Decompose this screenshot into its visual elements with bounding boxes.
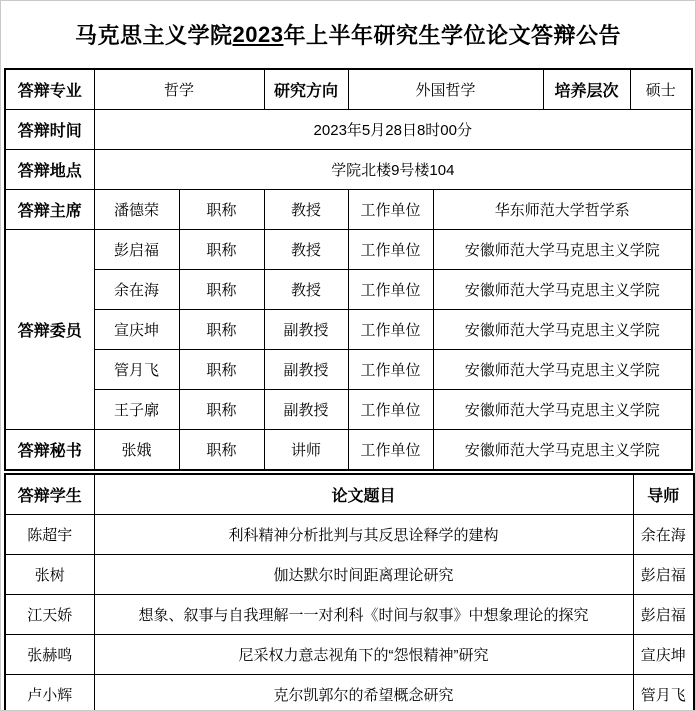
- student-name: 张树: [5, 555, 94, 595]
- place-value: 学院北楼9号楼104: [94, 150, 692, 190]
- supervisor-name: 管月飞: [633, 675, 694, 711]
- place-label: 答辩地点: [5, 150, 94, 190]
- supervisor-name: 余在海: [633, 515, 694, 555]
- level-value: 硕士: [630, 69, 692, 110]
- committee-title-label: 职称: [179, 350, 264, 390]
- committee-unit: 安徽师范大学马克思主义学院: [433, 230, 692, 270]
- secretary-name: 张娥: [94, 430, 179, 471]
- committee-unit: 安徽师范大学马克思主义学院: [433, 270, 692, 310]
- title-prefix: 马克思主义学院: [75, 19, 233, 50]
- supervisor-name: 彭启福: [633, 595, 694, 635]
- page-title: 马克思主义学院2023年上半年研究生学位论文答辩公告: [1, 1, 695, 68]
- secretary-title-label: 职称: [179, 430, 264, 471]
- direction-label: 研究方向: [264, 69, 348, 110]
- committee-unit-label: 工作单位: [348, 390, 433, 430]
- committee-name: 王子廓: [94, 390, 179, 430]
- student-name: 江天娇: [5, 595, 94, 635]
- row-time: 答辩时间 2023年5月28日8时00分: [5, 110, 692, 150]
- direction-value: 外国哲学: [348, 69, 543, 110]
- defense-announcement-page: 马克思主义学院2023年上半年研究生学位论文答辩公告 答辩专业 哲学 研究方向 …: [0, 0, 696, 711]
- supervisor-col-header: 导师: [633, 474, 694, 515]
- committee-title: 教授: [264, 230, 348, 270]
- committee-label: 答辩委员: [5, 230, 94, 430]
- title-suffix: 年上半年研究生学位论文答辩公告: [283, 19, 621, 50]
- chair-label: 答辩主席: [5, 190, 94, 230]
- secretary-unit: 安徽师范大学马克思主义学院: [433, 430, 692, 471]
- committee-title: 副教授: [264, 310, 348, 350]
- student-row: 卢小辉 克尔凯郭尔的希望概念研究 管月飞: [5, 675, 694, 711]
- committee-name: 余在海: [94, 270, 179, 310]
- committee-title-label: 职称: [179, 270, 264, 310]
- thesis-title: 伽达默尔时间距离理论研究: [94, 555, 633, 595]
- title-year-underlined: 2023: [233, 22, 284, 48]
- chair-unit-label: 工作单位: [348, 190, 433, 230]
- student-name: 卢小辉: [5, 675, 94, 711]
- chair-title-label: 职称: [179, 190, 264, 230]
- chair-title: 教授: [264, 190, 348, 230]
- committee-title-label: 职称: [179, 230, 264, 270]
- time-label: 答辩时间: [5, 110, 94, 150]
- committee-name: 彭启福: [94, 230, 179, 270]
- chair-unit: 华东师范大学哲学系: [433, 190, 692, 230]
- committee-unit-label: 工作单位: [348, 310, 433, 350]
- level-label: 培养层次: [543, 69, 630, 110]
- row-committee-3: 宣庆坤 职称 副教授 工作单位 安徽师范大学马克思主义学院: [5, 310, 692, 350]
- students-header-row: 答辩学生 论文题目 导师: [5, 474, 694, 515]
- thesis-title: 利科精神分析批判与其反思诠释学的建构: [94, 515, 633, 555]
- secretary-unit-label: 工作单位: [348, 430, 433, 471]
- student-row: 张树 伽达默尔时间距离理论研究 彭启福: [5, 555, 694, 595]
- thesis-title: 想象、叙事与自我理解一一对利科《时间与叙事》中想象理论的探究: [94, 595, 633, 635]
- student-row: 陈超宇 利科精神分析批判与其反思诠释学的建构 余在海: [5, 515, 694, 555]
- row-committee-5: 王子廓 职称 副教授 工作单位 安徽师范大学马克思主义学院: [5, 390, 692, 430]
- students-table: 答辩学生 论文题目 导师 陈超宇 利科精神分析批判与其反思诠释学的建构 余在海 …: [4, 473, 695, 711]
- supervisor-name: 彭启福: [633, 555, 694, 595]
- row-chair: 答辩主席 潘德荣 职称 教授 工作单位 华东师范大学哲学系: [5, 190, 692, 230]
- committee-title: 副教授: [264, 350, 348, 390]
- row-place: 答辩地点 学院北楼9号楼104: [5, 150, 692, 190]
- secretary-title: 讲师: [264, 430, 348, 471]
- row-major: 答辩专业 哲学 研究方向 外国哲学 培养层次 硕士: [5, 69, 692, 110]
- committee-title-label: 职称: [179, 310, 264, 350]
- committee-title: 教授: [264, 270, 348, 310]
- committee-name: 管月飞: [94, 350, 179, 390]
- student-col-header: 答辩学生: [5, 474, 94, 515]
- student-row: 江天娇 想象、叙事与自我理解一一对利科《时间与叙事》中想象理论的探究 彭启福: [5, 595, 694, 635]
- committee-title: 副教授: [264, 390, 348, 430]
- secretary-label: 答辩秘书: [5, 430, 94, 471]
- major-value: 哲学: [94, 69, 264, 110]
- supervisor-name: 宣庆坤: [633, 635, 694, 675]
- defense-info-table: 答辩专业 哲学 研究方向 外国哲学 培养层次 硕士 答辩时间 2023年5月28…: [4, 68, 693, 471]
- student-name: 张赫鸣: [5, 635, 94, 675]
- chair-name: 潘德荣: [94, 190, 179, 230]
- row-committee-1: 答辩委员 彭启福 职称 教授 工作单位 安徽师范大学马克思主义学院: [5, 230, 692, 270]
- row-secretary: 答辩秘书 张娥 职称 讲师 工作单位 安徽师范大学马克思主义学院: [5, 430, 692, 471]
- student-row: 张赫鸣 尼采权力意志视角下的“怨恨精神”研究 宣庆坤: [5, 635, 694, 675]
- committee-unit: 安徽师范大学马克思主义学院: [433, 350, 692, 390]
- committee-unit: 安徽师范大学马克思主义学院: [433, 390, 692, 430]
- thesis-title: 尼采权力意志视角下的“怨恨精神”研究: [94, 635, 633, 675]
- thesis-title: 克尔凯郭尔的希望概念研究: [94, 675, 633, 711]
- committee-unit-label: 工作单位: [348, 350, 433, 390]
- committee-unit-label: 工作单位: [348, 230, 433, 270]
- major-label: 答辩专业: [5, 69, 94, 110]
- thesis-col-header: 论文题目: [94, 474, 633, 515]
- time-value: 2023年5月28日8时00分: [94, 110, 692, 150]
- row-committee-2: 余在海 职称 教授 工作单位 安徽师范大学马克思主义学院: [5, 270, 692, 310]
- row-committee-4: 管月飞 职称 副教授 工作单位 安徽师范大学马克思主义学院: [5, 350, 692, 390]
- committee-unit-label: 工作单位: [348, 270, 433, 310]
- student-name: 陈超宇: [5, 515, 94, 555]
- committee-unit: 安徽师范大学马克思主义学院: [433, 310, 692, 350]
- committee-name: 宣庆坤: [94, 310, 179, 350]
- committee-title-label: 职称: [179, 390, 264, 430]
